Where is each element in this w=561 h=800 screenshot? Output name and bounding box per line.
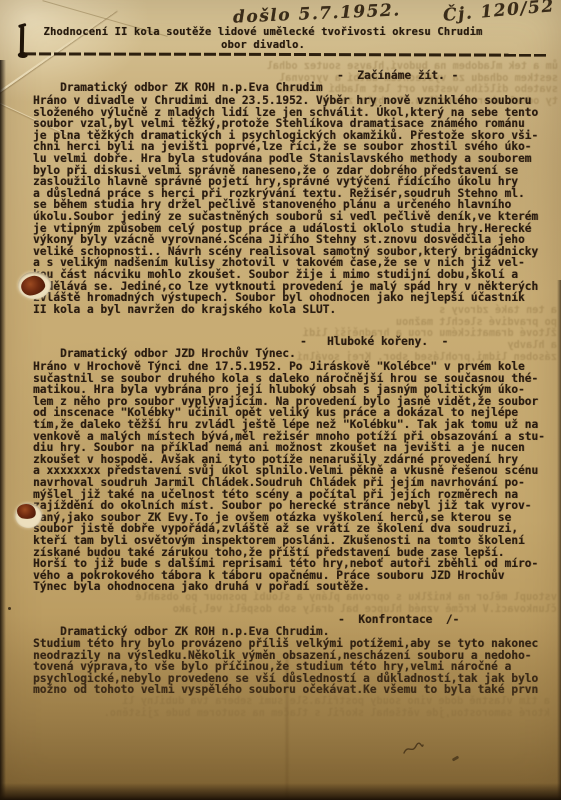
received-stamp-handwriting: došlo 5.7.1952. [233,0,401,27]
ink-fleck [452,755,460,761]
bleedthrough-text: a tím vlastně dode vino soudy postřila.S… [40,696,550,719]
scanned-document-page: ům a tek mladobem na budoví,hlavse soute… [0,0,561,800]
section-3-play-title: - Konfrontace /- [338,614,459,626]
section-2-play-title: - Hluboké kořeny. - [300,336,448,348]
bleedthrough-text: vstoupl mělor na knižlku s oprovna plány… [112,592,557,615]
section-1-body: Hráno v divadle v Chrudimi dne 23.5.1952… [33,95,551,315]
ink-dot [8,607,11,610]
section-3-body: Studium této hry bylo provázeno příliš v… [33,638,551,696]
section-1-org: Dramatický odbor ZK ROH n.p.Eva Chrudim [60,81,323,94]
title-underline-rule [24,52,548,56]
title-line-1: Zhodnocení II kola soutěže lidové umělec… [28,26,498,39]
pen-squiggle [402,742,424,756]
section-2-body: Hráno v Hrochově Týnci dne 17.5.1952. Po… [33,361,551,593]
title-line-2: obor divadlo. [28,39,498,52]
scan-edge-left [0,60,6,800]
scan-edge-bottom [0,783,561,800]
section-2-org: Dramatický odbor JZD Hrochův Týnec. [60,347,296,360]
section-3-org: Dramatický odbor ZK ROH n.p.Eva Chrudim. [60,625,329,638]
scan-edge-right [557,280,561,800]
document-title: Zhodnocení II kola soutěže lidové umělec… [28,26,498,51]
section-1-play-title: - Začínáme žít. - [337,70,458,82]
reference-number-handwriting: Čj. 120/52 [442,0,555,26]
